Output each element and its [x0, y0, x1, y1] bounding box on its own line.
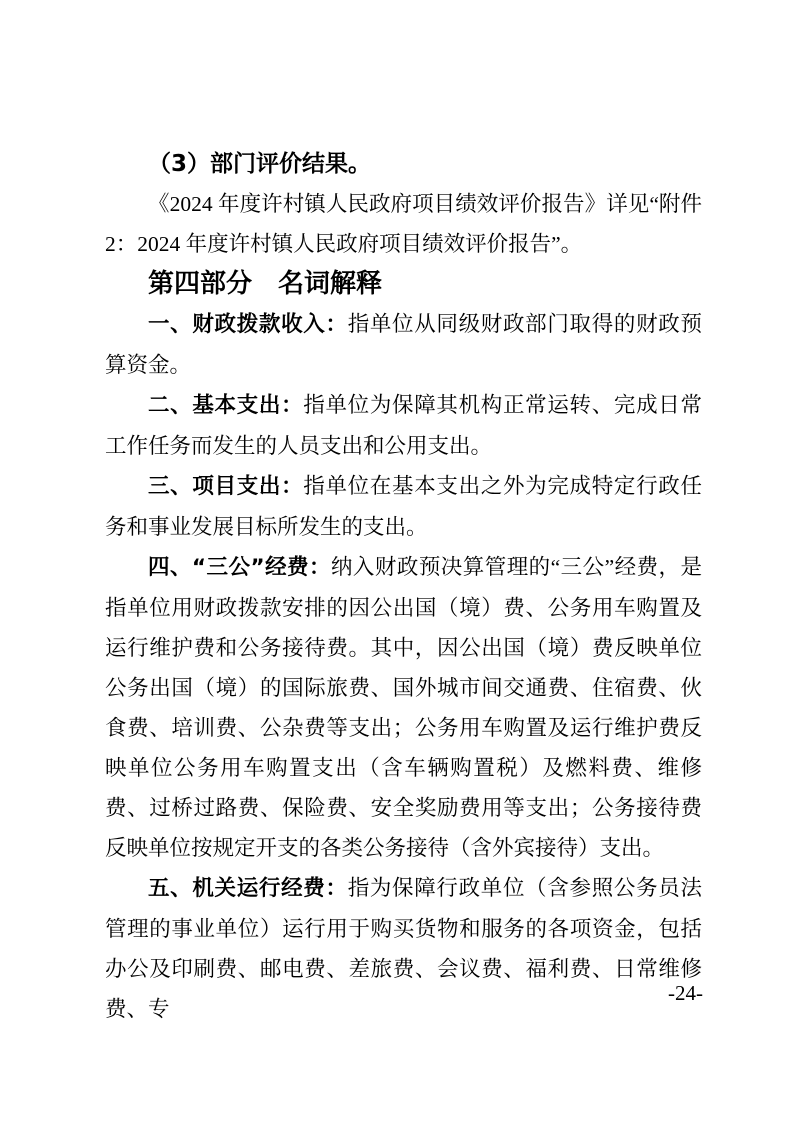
- term-paragraph-three-public-funds: 四、“三公”经费：纳入财政预决算管理的“三公”经费，是指单位用财政拨款安排的因公…: [105, 547, 702, 868]
- document-page: （3）部门评价结果。 《2024 年度许村镇人民政府项目绩效评价报告》详见“附件…: [0, 0, 793, 1122]
- term-paragraph-project-expenditure: 三、项目支出：指单位在基本支出之外为完成特定行政任务和事业发展目标所发生的支出。: [105, 466, 702, 547]
- term-paragraph-fiscal-appropriation-income: 一、财政拨款收入：指单位从同级财政部门取得的财政预算资金。: [105, 304, 702, 385]
- report-reference-paragraph: 《2024 年度许村镇人民政府项目绩效评价报告》详见“附件2：2024 年度许村…: [105, 184, 702, 264]
- term-paragraph-basic-expenditure: 二、基本支出：指单位为保障其机构正常运转、完成日常工作任务而发生的人员支出和公用…: [105, 385, 702, 466]
- term-paragraph-agency-operating-funds: 五、机关运行经费：指为保障行政单位（含参照公务员法管理的事业单位）运行用于购买货…: [105, 868, 702, 1029]
- term-body-three-public-funds: 纳入财政预决算管理的“三公”经费，是指单位用财政拨款安排的因公出国（境）费、公务…: [105, 555, 702, 860]
- term-lead-fiscal-appropriation-income: 一、财政拨款收入：: [148, 312, 348, 337]
- term-lead-agency-operating-funds: 五、机关运行经费：: [148, 876, 348, 901]
- term-lead-three-public-funds: 四、“三公”经费：: [148, 555, 331, 580]
- page-number: -24-: [668, 980, 703, 1006]
- document-content: （3）部门评价结果。 《2024 年度许村镇人民政府项目绩效评价报告》详见“附件…: [105, 144, 702, 1029]
- term-lead-basic-expenditure: 二、基本支出：: [148, 393, 303, 418]
- section-heading-part4-glossary: 第四部分 名词解释: [105, 264, 702, 304]
- term-lead-project-expenditure: 三、项目支出：: [148, 474, 303, 499]
- sub-heading-department-evaluation-result: （3）部门评价结果。: [105, 144, 702, 184]
